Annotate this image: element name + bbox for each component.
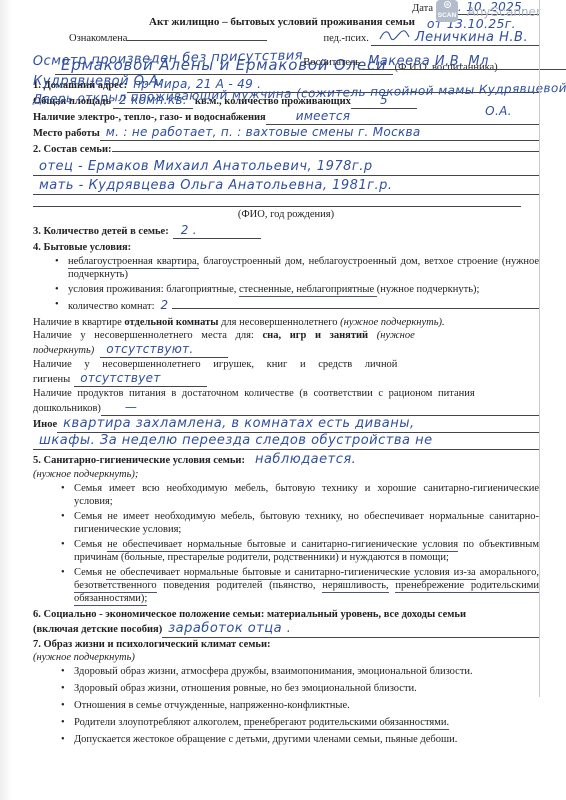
economic-label: 6. Социально - экономическое положение с… bbox=[33, 608, 539, 621]
place-italic1: (нужное bbox=[377, 330, 415, 341]
family-caption: (ФИО, год рождения) bbox=[33, 208, 539, 221]
camera-lens-icon bbox=[444, 1, 451, 8]
rooms-rule bbox=[172, 306, 539, 309]
inspection-note-handwriting-2: Кудрявцевой О.А. bbox=[33, 74, 163, 89]
scan-icon: SCAN bbox=[436, 0, 458, 22]
household-label: 4. Бытовые условия: bbox=[33, 241, 539, 254]
rooms-label: количество комнат: bbox=[68, 300, 155, 313]
sanitary-option-3: Семья не обеспечивает нормальные бытовые… bbox=[61, 538, 539, 564]
household-options: неблагоустроенная квартира, благоустроен… bbox=[55, 255, 539, 313]
family-empty-line bbox=[33, 195, 521, 207]
acquainted-label: Ознакомлена bbox=[69, 33, 127, 44]
acquainted-psych-line: Ознакомлена пед.-псих. Леничкина Н.В. bbox=[33, 29, 540, 46]
teacher-label: Воспитатель bbox=[303, 57, 360, 68]
room-italic: (нужное подчеркнуть). bbox=[340, 317, 444, 328]
note-line3: Дверь открыл проживающий мужчина (сожите… bbox=[33, 92, 540, 106]
underlined-option: неблагоустроенная квартира, bbox=[68, 256, 199, 269]
underlined-option: не обеспечивает нормальные бытовые и сан… bbox=[107, 539, 458, 552]
option-pre: условия проживания: благоприятные, bbox=[68, 284, 239, 295]
option-seg: Семья bbox=[74, 567, 106, 578]
lifestyle-option-5: Допускается жестокое обращение с детьми,… bbox=[61, 733, 539, 746]
scan-page-edge bbox=[539, 0, 540, 697]
economic-label2: (включая детские пособия) bbox=[33, 623, 162, 636]
option-post: (нужное подчеркнуть); bbox=[377, 284, 480, 295]
underlined-option: стесненные, неблагоприятные bbox=[239, 284, 377, 297]
note-line4: О.А. bbox=[33, 104, 540, 118]
economic-line2: (включая детские пособия) заработок отца… bbox=[33, 621, 539, 638]
separate-room-line: Наличие в квартире отдельной комнаты для… bbox=[33, 316, 539, 329]
option-seg: поведения родителей (пьянство, bbox=[157, 580, 323, 591]
teacher-handwriting: Макеева И.В. Мл bbox=[368, 54, 489, 69]
toys-handwriting: отсутствует bbox=[80, 371, 160, 385]
father-handwriting: отец - Ермаков Михаил Анатольевич, 1978г… bbox=[39, 159, 373, 174]
lifestyle-option-2: Здоровый образ жизни, отношения ровные, … bbox=[61, 682, 539, 695]
psych-field: Леничкина Н.В. bbox=[371, 29, 540, 46]
scanned-document-page: Акт жилищно – бытовых условий проживания… bbox=[0, 0, 566, 800]
economic-handwriting: заработок отца . bbox=[168, 621, 291, 636]
place-handwriting: отсутствуют. bbox=[106, 342, 193, 356]
sanitary-option-1: Семья имеет всю необходимую мебель, быто… bbox=[61, 482, 539, 508]
family-member-line: отец - Ермаков Михаил Анатольевич, 1978г… bbox=[33, 159, 539, 176]
inspection-note-handwriting-1: Осмотр произведен без присутствия bbox=[33, 48, 304, 69]
food-handwriting: — bbox=[125, 400, 137, 414]
room-pre: Наличие в квартире bbox=[33, 317, 124, 328]
work-field: м. : не работает, п. : вахтовые смены г.… bbox=[100, 125, 539, 141]
lifestyle-sub: (нужное подчеркнуть) bbox=[33, 651, 539, 664]
food-line: Наличие продуктов питания в достаточном … bbox=[33, 387, 539, 400]
option-pre: Родители злоупотребляют алкоголем, bbox=[74, 717, 244, 728]
lifestyle-label: 7. Образ жизни и психологический климат … bbox=[33, 638, 539, 651]
family-heading-line: 2. Состав семьи: bbox=[33, 143, 539, 156]
sanitary-option-2: Семья не имеет необходимую мебель, бытов… bbox=[61, 510, 539, 536]
children-handwriting: 2 . bbox=[181, 223, 197, 237]
anyscanner-brand: AnyScanner bbox=[467, 4, 541, 19]
lifestyle-option-3: Отношения в семье отчужденные, напряженн… bbox=[61, 699, 539, 712]
place-field: отсутствуют. bbox=[100, 342, 227, 358]
other-handwriting-1: квартира захламлена, в комнатах есть див… bbox=[63, 416, 415, 431]
option-pre: Семья bbox=[74, 539, 107, 550]
place-for-sleep-line2: подчеркнуть) отсутствуют. bbox=[33, 342, 539, 358]
sanitary-label: 5. Санитарно-гигиенические условия семьи… bbox=[33, 454, 245, 467]
scan-left-shadow bbox=[0, 0, 12, 800]
household-option-conditions: условия проживания: благоприятные, стесн… bbox=[55, 283, 539, 296]
hygiene-label: гигиены bbox=[33, 373, 70, 386]
toys-line: Наличие у несовершеннолетнего игрушек, к… bbox=[33, 358, 539, 371]
sanitary-sub: (нужное подчеркнуть); bbox=[33, 468, 539, 481]
room-mid: для несовершеннолетнего bbox=[218, 317, 340, 328]
psych-handwriting: Леничкина Н.В. bbox=[415, 30, 528, 45]
household-option-dwelling: неблагоустроенная квартира, благоустроен… bbox=[55, 255, 539, 281]
toys-line2: гигиены отсутствует bbox=[33, 371, 539, 387]
other-label: Иное bbox=[33, 418, 57, 431]
family-heading-rule bbox=[112, 149, 539, 152]
place-for-sleep-line: Наличие у несовершеннолетнего места для:… bbox=[33, 329, 539, 342]
psych-label: пед.-псих. bbox=[323, 33, 368, 44]
note-teacher-line: Осмотр произведен без присутствия Воспит… bbox=[33, 54, 540, 70]
acquainted-field bbox=[127, 40, 267, 41]
work-line: Место работы м. : не работает, п. : вахт… bbox=[33, 125, 539, 141]
other-line2: шкафы. За неделю переезда следов обустро… bbox=[33, 433, 539, 450]
rooms-handwriting: 2 bbox=[161, 298, 169, 313]
other-handwriting-2: шкафы. За неделю переезда следов обустро… bbox=[39, 433, 433, 448]
children-label: 3. Количество детей в семье: bbox=[33, 225, 169, 238]
lifestyle-options: Здоровый образ жизни, атмосфера дружбы, … bbox=[61, 665, 539, 746]
underlined-option: не обеспечивает нормальные бытовые и сан… bbox=[106, 567, 476, 580]
scan-icon-label: SCAN bbox=[438, 12, 456, 19]
preschool-label: дошкольников) bbox=[33, 402, 101, 415]
underlined-option: безответственного bbox=[74, 580, 157, 593]
sanitary-option-4: Семья не обеспечивает нормальные бытовые… bbox=[61, 566, 539, 605]
other-field: квартира захламлена, в комнатах есть див… bbox=[57, 416, 539, 433]
door-note-handwriting-end: О.А. bbox=[485, 104, 512, 118]
teacher-field: Макеева И.В. Мл bbox=[362, 54, 566, 70]
other-line: Иное квартира захламлена, в комнатах ест… bbox=[33, 416, 539, 433]
work-label: Место работы bbox=[33, 127, 100, 140]
family-member-line: мать - Кудрявцева Ольга Анатольевна, 198… bbox=[33, 178, 539, 195]
option-seg: аморального, bbox=[476, 567, 539, 578]
sanitary-options: Семья имеет всю необходимую мебель, быто… bbox=[61, 482, 539, 605]
other-handwriting-3: наблюдается. bbox=[255, 452, 356, 468]
place-italic2: подчеркнуть) bbox=[33, 344, 94, 357]
toys-field: отсутствует bbox=[74, 371, 206, 387]
lifestyle-option-1: Здоровый образ жизни, атмосфера дружбы, … bbox=[61, 665, 539, 678]
date-label: Дата bbox=[412, 3, 433, 14]
underlined-option: неряшливость, bbox=[322, 580, 388, 593]
mother-handwriting: мать - Кудрявцева Ольга Анатольевна, 198… bbox=[39, 178, 393, 193]
underlined-option: пренебрегают родительскими обязанностями… bbox=[244, 717, 449, 730]
family-label: 2. Состав семьи: bbox=[33, 143, 112, 156]
sanitary-heading: 5. Санитарно-гигиенические условия семьи… bbox=[33, 452, 539, 468]
psych-signature bbox=[377, 29, 411, 41]
place-bold: сна, игр и занятий bbox=[262, 330, 376, 341]
household-option-rooms: количество комнат:2 bbox=[55, 298, 539, 313]
economic-field: заработок отца . bbox=[162, 621, 539, 638]
place-pre: Наличие у несовершеннолетнего места для: bbox=[33, 330, 262, 341]
work-handwriting: м. : не работает, п. : вахтовые смены г.… bbox=[106, 125, 421, 139]
room-bold: отдельной комнаты bbox=[124, 317, 218, 328]
food-line2: дошкольников) — bbox=[33, 400, 539, 416]
anyscanner-watermark: SCAN AnyScanner bbox=[436, 0, 541, 22]
children-field: 2 . bbox=[173, 223, 261, 239]
food-field: — bbox=[101, 400, 539, 416]
children-line: 3. Количество детей в семье: 2 . bbox=[33, 223, 539, 239]
lifestyle-option-4: Родители злоупотребляют алкоголем, прене… bbox=[61, 716, 539, 729]
